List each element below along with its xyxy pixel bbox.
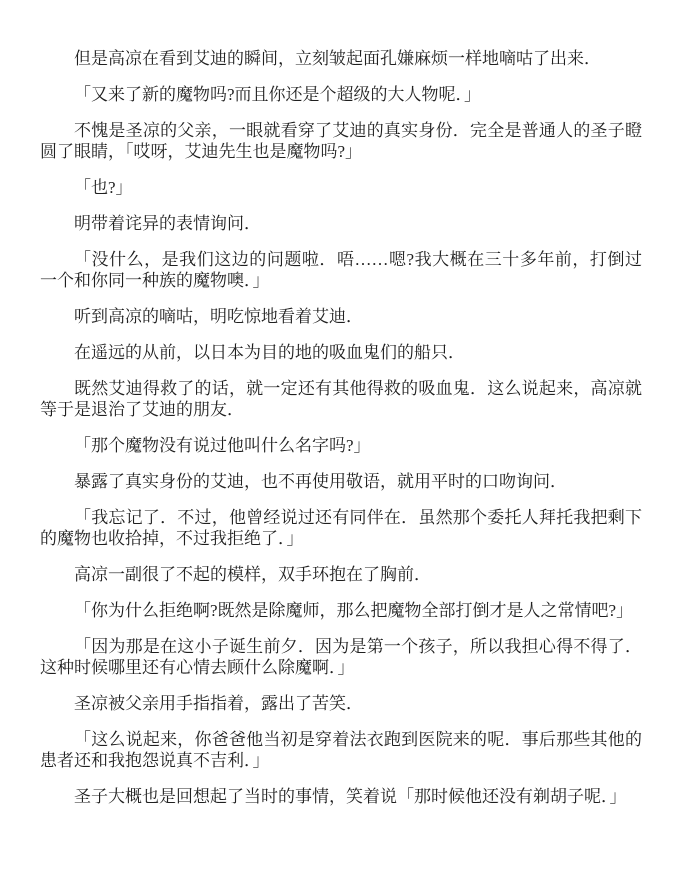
paragraph: 「因为那是在这小子诞生前夕．因为是第一个孩子，所以我担心得不得了．这种时候哪里还… <box>40 636 642 678</box>
paragraph: 「你为什么拒绝啊?既然是除魔师，那么把魔物全部打倒才是人之常情吧?」 <box>40 600 642 621</box>
paragraph: 听到高凉的嘀咕，明吃惊地看着艾迪． <box>40 306 642 327</box>
paragraph: 「那个魔物没有说过他叫什么名字吗?」 <box>40 435 642 456</box>
paragraph: 圣凉被父亲用手指指着，露出了苦笑． <box>40 693 642 714</box>
novel-page: 但是高凉在看到艾迪的瞬间，立刻皱起面孔嫌麻烦一样地嘀咕了出来． 「又来了新的魔物… <box>0 0 680 880</box>
paragraph: 暴露了真实身份的艾迪，也不再使用敬语，就用平时的口吻询问． <box>40 471 642 492</box>
paragraph: 「我忘记了．不过，他曾经说过还有同伴在．虽然那个委托人拜托我把剩下的魔物也收拾掉… <box>40 507 642 549</box>
paragraph: 「没什么，是我们这边的问题啦．唔……嗯?我大概在三十多年前，打倒过一个和你同一种… <box>40 249 642 291</box>
paragraph: 在遥远的从前，以日本为目的地的吸血鬼们的船只． <box>40 342 642 363</box>
paragraph: 圣子大概也是回想起了当时的事情，笑着说「那时候他还没有剃胡子呢．」 <box>40 786 642 807</box>
paragraph: 不愧是圣凉的父亲，一眼就看穿了艾迪的真实身份．完全是普通人的圣子瞪圆了眼睛，「哎… <box>40 120 642 162</box>
text-content: 但是高凉在看到艾迪的瞬间，立刻皱起面孔嫌麻烦一样地嘀咕了出来． 「又来了新的魔物… <box>40 48 642 807</box>
paragraph: 「也?」 <box>40 177 642 198</box>
paragraph: 「这么说起来，你爸爸他当初是穿着法衣跑到医院来的呢．事后那些其他的患者还和我抱怨… <box>40 729 642 771</box>
paragraph: 「又来了新的魔物吗?而且你还是个超级的大人物呢．」 <box>40 84 642 105</box>
paragraph: 既然艾迪得救了的话，就一定还有其他得救的吸血鬼．这么说起来，高凉就等于是退治了艾… <box>40 378 642 420</box>
paragraph: 明带着诧异的表情询问． <box>40 213 642 234</box>
paragraph: 但是高凉在看到艾迪的瞬间，立刻皱起面孔嫌麻烦一样地嘀咕了出来． <box>40 48 642 69</box>
paragraph: 高凉一副很了不起的模样，双手环抱在了胸前． <box>40 564 642 585</box>
